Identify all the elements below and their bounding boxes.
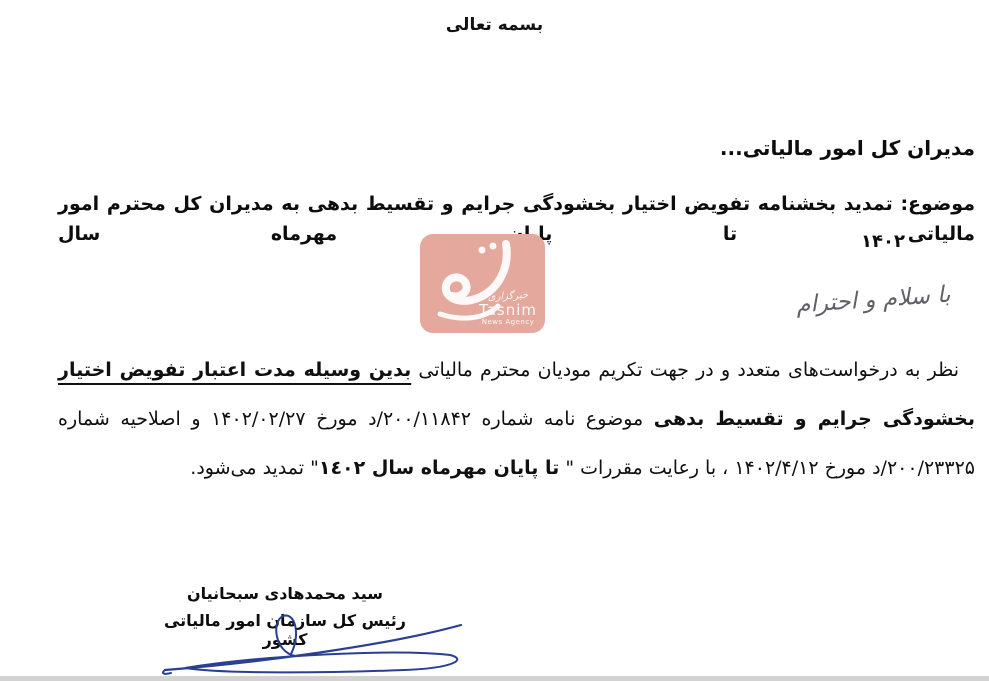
body-seg3-bold: بخشودگی جرایم و تقسیط بدهی xyxy=(654,408,975,430)
body-seg6: " تمدید می‌شود. xyxy=(190,457,319,479)
scanned-letter-page: بسمه تعالی مدیران کل امور مالیاتی... موض… xyxy=(0,0,989,681)
body-seg1: نظر به درخواست‌های متعدد و در جهت تکریم … xyxy=(411,359,959,381)
subject-year: ۱۴۰۲ xyxy=(861,231,905,252)
scan-edge-artifact xyxy=(0,676,989,681)
handwritten-signature xyxy=(155,608,477,680)
bismillah-header: بسمه تعالی xyxy=(0,15,989,35)
tasnim-watermark: خبرگزاری Tasnim News Agency xyxy=(420,234,545,333)
handwritten-salutation: با سلام و احترام xyxy=(796,282,952,319)
watermark-agency-en: Tasnim xyxy=(479,303,537,319)
watermark-caption: خبرگزاری Tasnim News Agency xyxy=(479,292,537,326)
watermark-agency-sub: News Agency xyxy=(479,319,537,326)
body-seg2-bold-underlined: بدین وسیله مدت اعتبار تفویض اختیار xyxy=(58,359,411,381)
addressee-line: مدیران کل امور مالیاتی... xyxy=(720,136,975,160)
body-seg5-bold: تا پایان مهرماه سال ۱٤۰۲ xyxy=(319,457,559,479)
signer-name: سید محمدهادی سبحانیان xyxy=(160,584,410,603)
body-paragraph: نظر به درخواست‌های متعدد و در جهت تکریم … xyxy=(58,346,975,493)
